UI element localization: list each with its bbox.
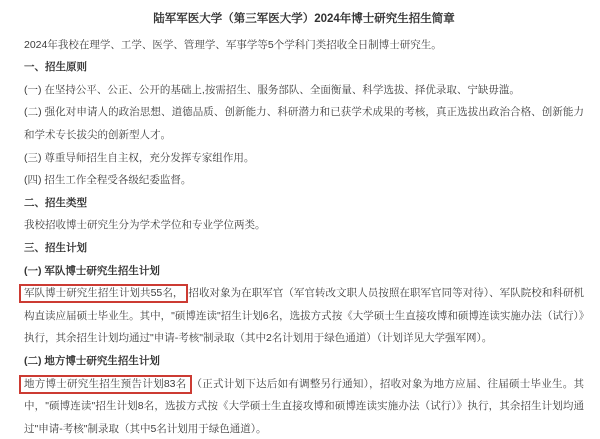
principle-item-4: (四) 招生工作全程受各级纪委监督。	[24, 169, 584, 192]
section-heading-plan: 三、招生计划	[24, 237, 584, 260]
section-heading-principles: 一、招生原则	[24, 56, 584, 79]
principle-item-3: (三) 尊重导师招生自主权，充分发挥专家组作用。	[24, 147, 584, 170]
local-plan-paragraph: 地方博士研究生招生预告计划83名（正式计划下达后如有调整另行通知），招收对象为地…	[24, 373, 584, 439]
subheading-military-plan: (一) 军队博士研究生招生计划	[24, 260, 584, 283]
section-heading-types: 二、招生类型	[24, 192, 584, 215]
page-title: 陆军军医大学（第三军医大学）2024年博士研究生招生简章	[24, 8, 584, 31]
highlight-box-local-quota: 地方博士研究生招生预告计划83名	[19, 375, 192, 394]
types-paragraph: 我校招收博士研究生分为学术学位和专业学位两类。	[24, 214, 584, 237]
principle-item-2: (二) 强化对申请人的政治思想、道德品质、创新能力、科研潜力和已获学术成果的考核…	[24, 101, 584, 146]
highlight-box-military-quota: 军队博士研究生招生计划共55名，	[19, 284, 188, 303]
document-page: 陆军军医大学（第三军医大学）2024年博士研究生招生简章 2024年我校在理学、…	[0, 0, 600, 439]
subheading-local-plan: (二) 地方博士研究生招生计划	[24, 350, 584, 373]
intro-paragraph: 2024年我校在理学、工学、医学、管理学、军事学等5个学科门类招收全日制博士研究…	[24, 34, 584, 57]
military-plan-paragraph: 军队博士研究生招生计划共55名，招收对象为在职军官（军官转改文职人员按照在职军官…	[24, 282, 584, 350]
principle-item-1: (一) 在坚持公平、公正、公开的基础上,按需招生、服务部队、全面衡量、科学选拔、…	[24, 79, 584, 102]
